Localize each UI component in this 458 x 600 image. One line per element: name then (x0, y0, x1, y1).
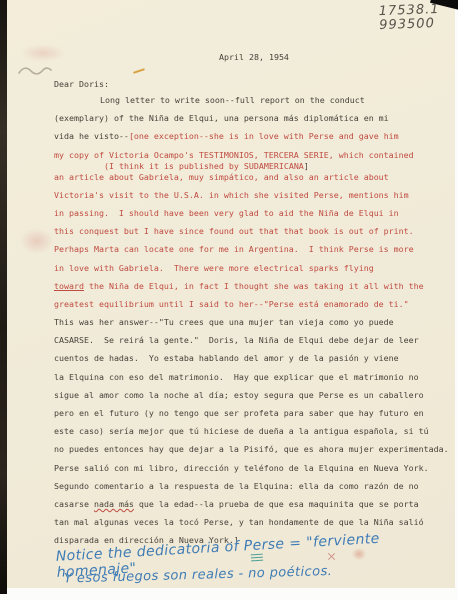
letter-text-segment: Long letter to write soon--full report o… (100, 95, 365, 105)
archive-numbers: 17538.1 993500 (379, 3, 441, 33)
letter-line: pero en el futuro (y no tengo que ser pr… (54, 408, 440, 426)
letter-line: este caso) sería mejor que tú hiciese de… (54, 426, 440, 444)
scan-edge-shadow (0, 0, 7, 594)
letter-line: Segundo comentario a la respuesta de la … (54, 481, 440, 499)
letter-line: CASARSE. Se reirá la gente." Doris, la N… (54, 335, 440, 353)
letter-text-segment: que la edad--la prueba de que esa maquin… (134, 499, 419, 509)
letter-line: my copy of Victoria Ocampo's TESTIMONIOS… (54, 150, 440, 161)
letter-text-segment: (I think it is published by SUDAMERICANA (104, 161, 304, 171)
letter-text-segment: vida he visto-- (54, 131, 129, 141)
letter-line: Long letter to write soon--full report o… (54, 95, 440, 113)
letter-text-segment: Perse salió con mi libro, dirección y te… (54, 463, 429, 473)
letter-text-segment: Perhaps Marta can locate one for me in A… (54, 244, 414, 254)
letter-text-segment: este caso) sería mejor que tú hiciese de… (54, 426, 429, 436)
letter-text-segment: the Niña de Elqui, in fact I thought she… (84, 281, 424, 291)
letter-line: casarse nada más que la edad--la prueba … (54, 499, 440, 517)
letter-text-segment: tan mal algunas veces la tocó Perse, y t… (54, 517, 424, 527)
letter-text-segment: Segundo comentario a la respuesta de la … (54, 481, 419, 491)
letter-text-segment: pero en el futuro (y no tengo que ser pr… (54, 408, 424, 418)
letter-line: Perhaps Marta can locate one for me in A… (54, 244, 440, 262)
letter-line: This was her answer--"Tu crees que una m… (54, 317, 440, 335)
paper-stain (20, 44, 66, 62)
letter-line: Victoria's visit to the U.S.A. in which … (54, 190, 440, 208)
letter-line: an article about Gabriela, muy simpático… (54, 172, 440, 190)
paper-stain (20, 228, 54, 254)
archive-number-2: 993500 (379, 17, 440, 33)
scanned-letter-page: 17538.1 993500 April 28, 1954 Dear Doris… (0, 0, 458, 600)
letter-line: Perse salió con mi libro, dirección y te… (54, 463, 440, 481)
letter-date: April 28, 1954 (219, 52, 289, 62)
letter-line: cuentos de hadas. Yo estaba hablando del… (54, 353, 440, 371)
letter-text-segment: (exemplary) of the Niña de Elqui, una pe… (54, 113, 389, 123)
letter-text-segment: in love with Gabriela. There were more e… (54, 263, 374, 273)
letter-text-segment: [one exception--she is in love with Pers… (129, 131, 399, 141)
letter-line: (I think it is published by SUDAMERICANA… (54, 161, 440, 172)
pencil-squiggle (18, 64, 52, 78)
letter-text-segment: nada más (94, 499, 134, 509)
triple-underline-mark (251, 554, 264, 564)
letter-text-segment: an article about Gabriela, muy simpático… (54, 172, 389, 182)
letter-line: in passing. I should have been very glad… (54, 208, 440, 226)
letter-text-segment: no puedes entonces hay que dejar a la Pi… (54, 444, 449, 454)
letter-text-segment: casarse (54, 499, 94, 509)
letter-text-segment: CASARSE. Se reirá la gente." Doris, la N… (54, 335, 419, 345)
letter-line: this conquest but I have since found out… (54, 226, 440, 244)
letter-body: Long letter to write soon--full report o… (54, 95, 440, 554)
letter-text-segment: Victoria's visit to the U.S.A. in which … (54, 190, 409, 200)
x-mark (327, 552, 336, 561)
letter-line: sigue al amor como la noche al día; esto… (54, 390, 440, 408)
letter-line: la Elquina con eso del matrimonio. Hay q… (54, 372, 440, 390)
letter-text-segment: sigue al amor como la noche al día; esto… (54, 390, 424, 400)
letter-line: in love with Gabriela. There were more e… (54, 263, 440, 281)
letter-line: toward the Niña de Elqui, in fact I thou… (54, 281, 440, 299)
letter-line: greatest equilibrium until I said to her… (54, 299, 440, 317)
letter-text-segment: this conquest but I have since found out… (54, 226, 414, 236)
letter-text-segment: cuentos de hadas. Yo estaba hablando del… (54, 353, 399, 363)
letter-line: (exemplary) of the Niña de Elqui, una pe… (54, 113, 440, 131)
letter-text-segment: ] (304, 161, 309, 171)
letter-text-segment: greatest equilibrium until I said to her… (54, 299, 409, 309)
letter-line: vida he visto--[one exception--she is in… (54, 131, 440, 149)
letter-text-segment: in passing. I should have been very glad… (54, 208, 399, 218)
letter-text-segment: toward (54, 281, 84, 291)
letter-text-segment: la Elquina con eso del matrimonio. Hay q… (54, 372, 419, 382)
letter-text-segment: This was her answer--"Tu crees que una m… (54, 317, 394, 327)
salutation: Dear Doris: (54, 79, 109, 89)
letter-text-segment: my copy of Victoria Ocampo's TESTIMONIOS… (54, 150, 414, 160)
letter-line: no puedes entonces hay que dejar a la Pi… (54, 444, 440, 462)
